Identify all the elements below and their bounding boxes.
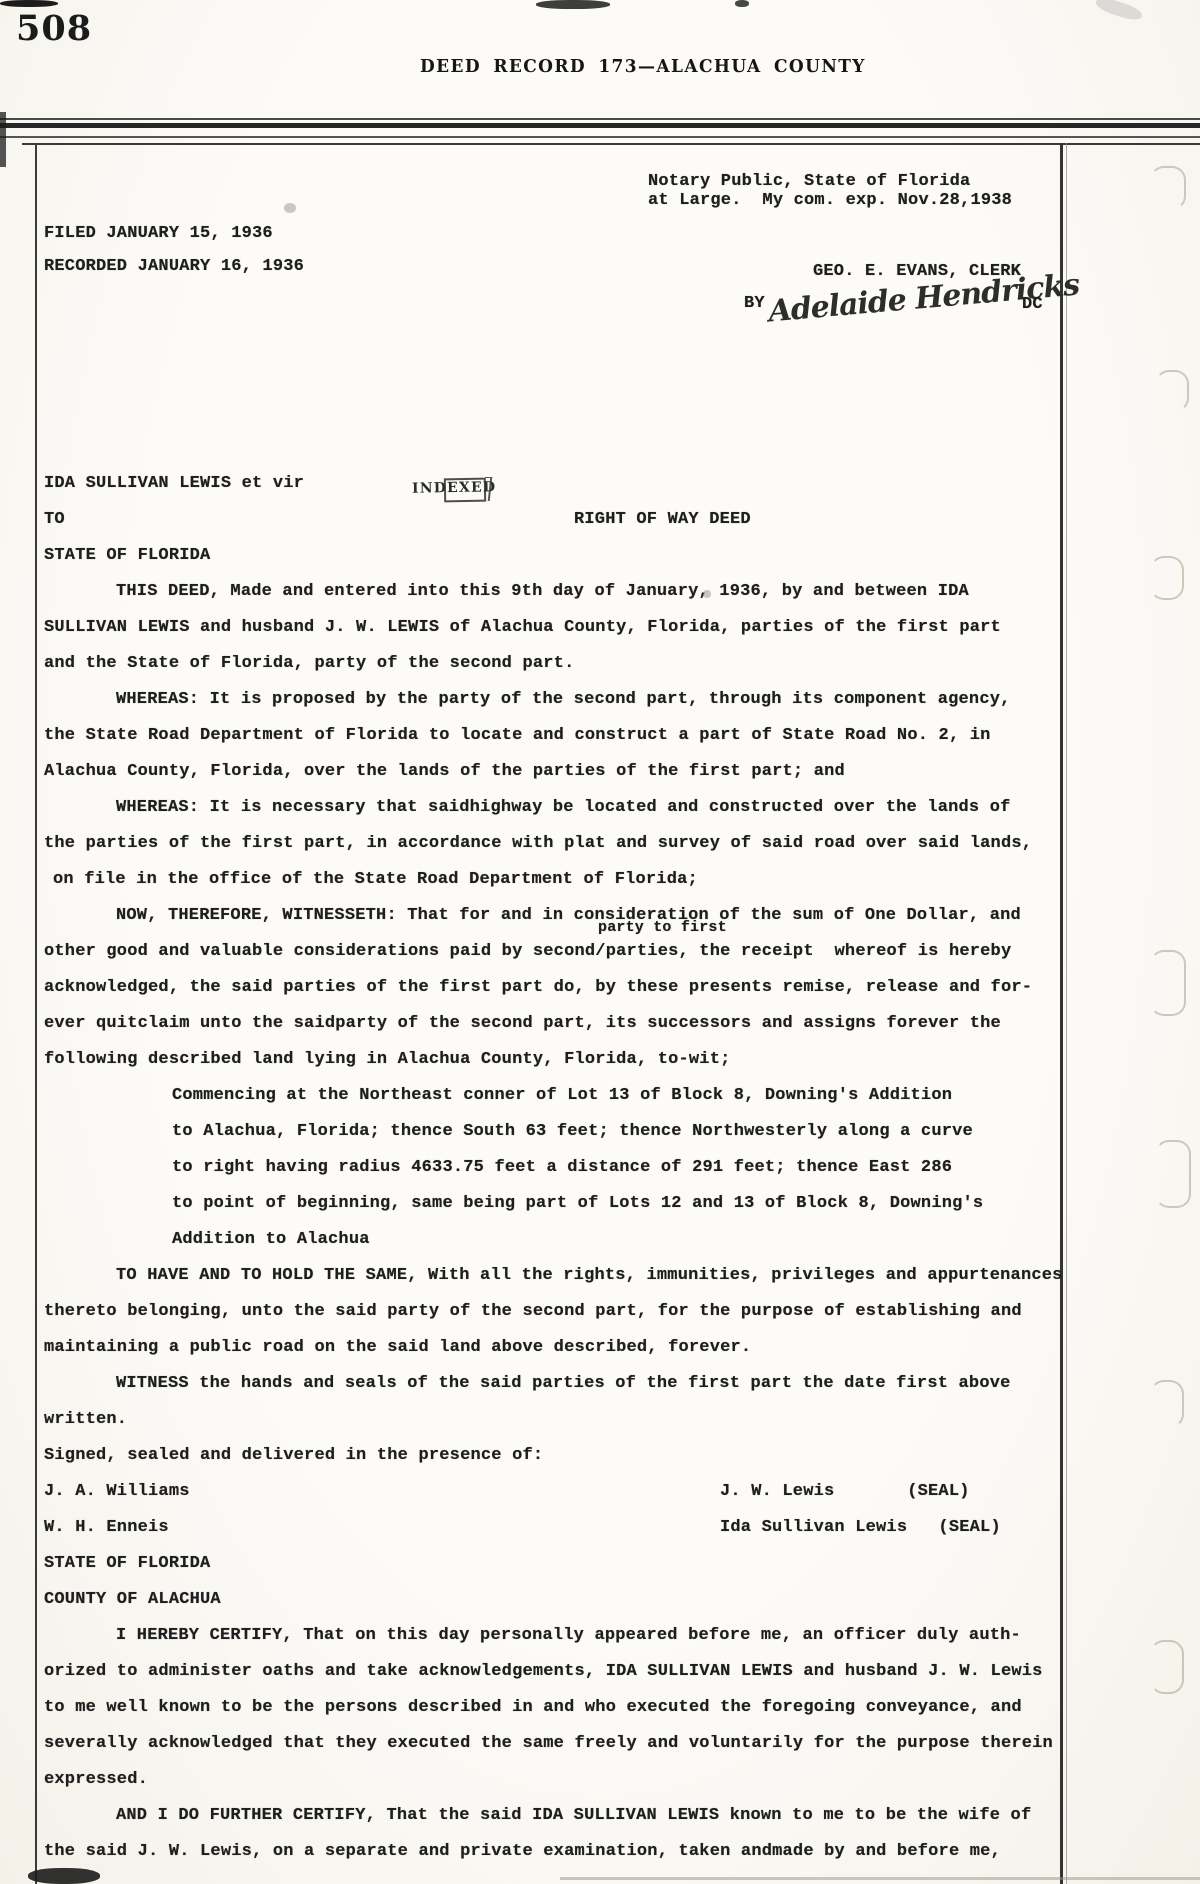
typed-line-text: Signed, sealed and delivered in the pres… <box>44 1446 543 1465</box>
by-label: BY <box>744 294 765 313</box>
typed-line-text: following described land lying in Alachu… <box>44 1050 731 1069</box>
scanned-deed-page: { "book": { "page_number": "508", "runni… <box>0 0 1200 1884</box>
typed-line-text: to right having radius 4633.75 feet a di… <box>172 1158 952 1177</box>
typed-line-text: WHEREAS: It is proposed by the party of … <box>116 690 1011 709</box>
typed-line: I HEREBY CERTIFY, That on this day perso… <box>44 1618 1144 1654</box>
binding-mark <box>1150 166 1186 210</box>
deputy-initials: DC <box>1022 295 1043 314</box>
typed-line: IDA SULLIVAN LEWIS et vir <box>44 466 1144 502</box>
typed-line: to point of beginning, same being part o… <box>44 1186 1144 1222</box>
typed-line: the said J. W. Lewis, on a separate and … <box>44 1834 1144 1870</box>
filed-date: FILED JANUARY 15, 1936 <box>44 224 273 243</box>
binding-mark <box>1150 1640 1184 1694</box>
typed-line-text: TO <box>44 510 65 529</box>
typed-line-text: the State Road Department of Florida to … <box>44 726 991 745</box>
typed-line: TORIGHT OF WAY DEED <box>44 502 1144 538</box>
typed-line-text: I HEREBY CERTIFY, That on this day perso… <box>116 1626 1021 1645</box>
typed-line-text: severally acknowledged that they execute… <box>44 1734 1053 1753</box>
typed-line-text: THIS DEED, Made and entered into this 9t… <box>116 582 969 601</box>
page-number: 508 <box>16 8 92 49</box>
typed-line: WITNESS the hands and seals of the said … <box>44 1366 1144 1402</box>
typed-line-text: TO HAVE AND TO HOLD THE SAME, With all t… <box>116 1266 1063 1285</box>
header-rule-top <box>0 118 1200 120</box>
typed-line-text: to Alachua, Florida; thence South 63 fee… <box>172 1122 973 1141</box>
typed-line: WHEREAS: It is proposed by the party of … <box>44 682 1144 718</box>
typed-line-text: the parties of the first part, in accord… <box>44 834 1032 853</box>
typed-line: WHEREAS: It is necessary that saidhighwa… <box>44 790 1144 826</box>
typed-line: COUNTY OF ALACHUA <box>44 1582 1144 1618</box>
typed-line-text: to point of beginning, same being part o… <box>172 1194 983 1213</box>
typed-line-text: AND I DO FURTHER CERTIFY, That the said … <box>116 1806 1031 1825</box>
typed-line: THIS DEED, Made and entered into this 9t… <box>44 574 1144 610</box>
typed-line: and the State of Florida, party of the s… <box>44 646 1144 682</box>
typed-line: the State Road Department of Florida to … <box>44 718 1144 754</box>
recorded-date: RECORDED JANUARY 16, 1936 <box>44 257 304 276</box>
typed-line: to right having radius 4633.75 feet a di… <box>44 1150 1144 1186</box>
typed-line-text: ever quitclaim unto the saidparty of the… <box>44 1014 1001 1033</box>
typed-line-text: Addition to Alachua <box>172 1230 370 1249</box>
typed-line: SULLIVAN LEWIS and husband J. W. LEWIS o… <box>44 610 1144 646</box>
typed-line: maintaining a public road on the said la… <box>44 1330 1144 1366</box>
typed-line-text: thereto belonging, unto the said party o… <box>44 1302 1022 1321</box>
typed-line: Signed, sealed and delivered in the pres… <box>44 1438 1144 1474</box>
interline-correction: party to first <box>598 920 727 935</box>
typed-line: Addition to Alachua <box>44 1222 1144 1258</box>
notary-line-1: Notary Public, State of Florida <box>648 172 970 191</box>
typed-line-text: COUNTY OF ALACHUA <box>44 1590 221 1609</box>
typed-line: TO HAVE AND TO HOLD THE SAME, With all t… <box>44 1258 1144 1294</box>
typed-line-text: NOW, THEREFORE, WITNESSETH: That for and… <box>116 906 1021 925</box>
typed-line-text: IDA SULLIVAN LEWIS et vir <box>44 474 304 493</box>
scan-smudge <box>536 0 610 9</box>
typed-line: STATE OF FLORIDA <box>44 1546 1144 1582</box>
typed-line: on file in the office of the State Road … <box>44 862 1144 898</box>
typed-line-text: other good and valuable considerations p… <box>44 942 1011 961</box>
typed-line-text: orized to administer oaths and take ackn… <box>44 1662 1043 1681</box>
typed-line: STATE OF FLORIDA <box>44 538 1144 574</box>
typed-body: IDA SULLIVAN LEWIS et virTORIGHT OF WAY … <box>44 466 1144 1870</box>
typed-line-right-column: RIGHT OF WAY DEED <box>574 502 751 538</box>
typed-line-text: acknowledged, the said parties of the fi… <box>44 978 1032 997</box>
typed-line-text: WHEREAS: It is necessary that saidhighwa… <box>116 798 1011 817</box>
typed-line: Commencing at the Northeast conner of Lo… <box>44 1078 1144 1114</box>
scan-smudge <box>735 0 749 7</box>
typed-line: other good and valuable considerations p… <box>44 934 1144 970</box>
typed-line-text: J. A. Williams <box>44 1482 190 1501</box>
typed-line: thereto belonging, unto the said party o… <box>44 1294 1144 1330</box>
typed-line: J. A. WilliamsJ. W. Lewis (SEAL) <box>44 1474 1144 1510</box>
header-rule-thick <box>0 123 1200 128</box>
scan-smudge <box>560 1877 1200 1880</box>
typed-line-text: maintaining a public road on the said la… <box>44 1338 751 1357</box>
typed-line: AND I DO FURTHER CERTIFY, That the said … <box>44 1798 1144 1834</box>
typed-line-text: WITNESS the hands and seals of the said … <box>116 1374 1011 1393</box>
binding-mark <box>1150 1380 1184 1428</box>
typed-line: to me well known to be the persons descr… <box>44 1690 1144 1726</box>
typed-line: to Alachua, Florida; thence South 63 fee… <box>44 1114 1144 1150</box>
record-border-left <box>35 143 37 1884</box>
typed-line: ever quitclaim unto the saidparty of the… <box>44 1006 1144 1042</box>
typed-line: following described land lying in Alachu… <box>44 1042 1144 1078</box>
running-header: DEED RECORD 173—ALACHUA COUNTY <box>420 57 866 78</box>
scan-smudge <box>1094 0 1144 23</box>
typed-line-text: to me well known to be the persons descr… <box>44 1698 1022 1717</box>
scan-smudge <box>0 0 58 7</box>
binding-mark <box>1150 950 1186 1016</box>
binding-mark <box>1150 556 1184 600</box>
typed-line-text: the said J. W. Lewis, on a separate and … <box>44 1842 1001 1861</box>
scan-smudge <box>703 590 711 598</box>
typed-line-text: W. H. Enneis <box>44 1518 169 1537</box>
typed-line: acknowledged, the said parties of the fi… <box>44 970 1144 1006</box>
typed-line-text: STATE OF FLORIDA <box>44 546 210 565</box>
binding-mark <box>1155 370 1189 412</box>
typed-line-text: Commencing at the Northeast conner of Lo… <box>172 1086 952 1105</box>
typed-line-text: Alachua County, Florida, over the lands … <box>44 762 845 781</box>
notary-line-2: at Large. My com. exp. Nov.28,1938 <box>648 191 1012 210</box>
typed-line-text: written. <box>44 1410 127 1429</box>
scan-smudge <box>284 203 296 213</box>
typed-line-text: STATE OF FLORIDA <box>44 1554 210 1573</box>
typed-line-right-column: J. W. Lewis (SEAL) <box>720 1474 970 1510</box>
typed-line: written. <box>44 1402 1144 1438</box>
typed-line: NOW, THEREFORE, WITNESSETH: That for and… <box>44 898 1144 934</box>
typed-line-text: and the State of Florida, party of the s… <box>44 654 575 673</box>
typed-line: Alachua County, Florida, over the lands … <box>44 754 1144 790</box>
typed-line: severally acknowledged that they execute… <box>44 1726 1144 1762</box>
typed-line: orized to administer oaths and take ackn… <box>44 1654 1144 1690</box>
typed-line-text: SULLIVAN LEWIS and husband J. W. LEWIS o… <box>44 618 1001 637</box>
scan-edge-mark <box>0 112 6 167</box>
typed-line: the parties of the first part, in accord… <box>44 826 1144 862</box>
typed-line: W. H. EnneisIda Sullivan Lewis (SEAL) <box>44 1510 1144 1546</box>
binding-mark <box>1155 1140 1191 1208</box>
record-border-top <box>22 143 1200 145</box>
typed-line-right-column: Ida Sullivan Lewis (SEAL) <box>720 1510 1001 1546</box>
scan-smudge <box>28 1868 100 1884</box>
typed-line-text: expressed. <box>44 1770 148 1789</box>
typed-line-text: on file in the office of the State Road … <box>53 870 698 889</box>
header-rule-bottom <box>0 136 1200 138</box>
typed-line: expressed. <box>44 1762 1144 1798</box>
